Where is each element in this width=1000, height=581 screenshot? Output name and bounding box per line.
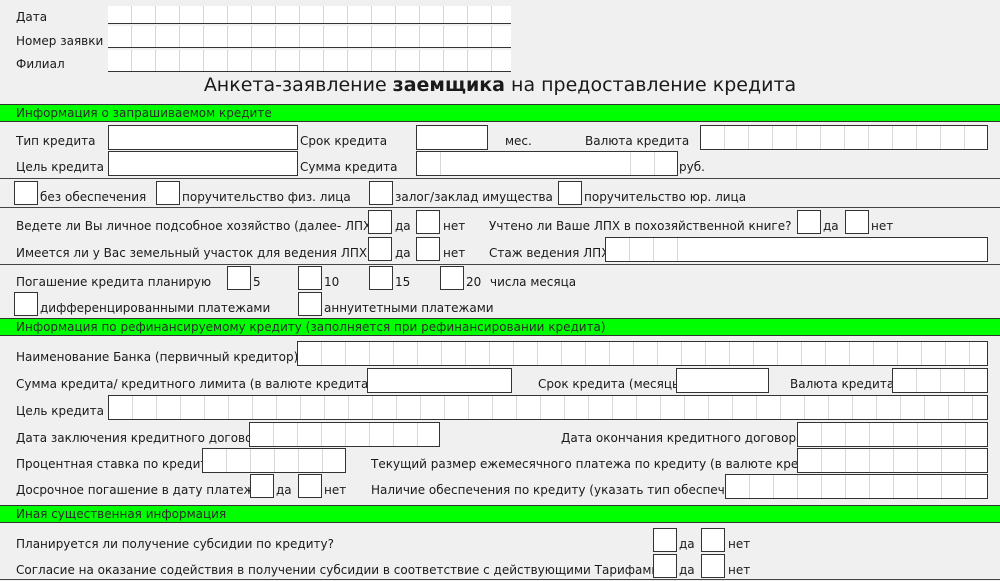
land-yes-checkbox[interactable] [368,237,392,261]
consent-no-checkbox[interactable] [701,554,725,578]
repayment-day-5-checkbox[interactable] [227,266,251,290]
branch-field[interactable] [108,50,511,71]
credit-term-unit: мес. [505,134,532,148]
branch-label: Филиал [16,57,65,71]
collateral-type-field[interactable] [725,474,988,499]
credit-term-field[interactable] [416,125,488,150]
application-number-field[interactable] [108,26,511,47]
early-repayment-label: Досрочное погашение в дату платежа [16,483,262,497]
collateral-pledge-label: залог/заклад имущества [395,190,553,204]
consent-question: Согласие на оказание содействия в получе… [16,563,666,577]
credit-amount-unit: руб. [679,160,705,174]
collateral-pledge-checkbox[interactable] [369,181,393,205]
differentiated-payments-label: дифференцированными платежами [40,301,270,315]
early-repayment-no-checkbox[interactable] [298,474,322,498]
lph-question: Ведете ли Вы личное подсобное хозяйство … [16,219,382,233]
section-refinanced-credit-header: Информация по рефинансируемому кредиту (… [0,318,1000,336]
credit-type-label: Тип кредита [16,134,95,148]
repayment-day-15-checkbox[interactable] [369,266,393,290]
subsidy-yes-label: да [679,537,695,551]
repayment-days-suffix: числа месяца [490,275,576,289]
branch-underline [108,71,511,72]
section-other-info-header: Иная существенная информация [0,505,1000,523]
section-requested-credit-header: Информация о запрашиваемом кредите [0,104,1000,122]
credit-amount-field[interactable] [416,151,678,176]
land-question: Имеется ли у Вас земельный участок для в… [16,246,373,260]
monthly-payment-field[interactable] [797,448,988,473]
collateral-individual-guarantee-label: поручительство физ. лица [182,190,351,204]
repayment-day-10-label: 10 [324,275,339,289]
credit-purpose-field[interactable] [108,151,298,176]
annuity-payments-checkbox[interactable] [298,292,322,316]
collateral-company-guarantee-checkbox[interactable] [558,181,582,205]
contract-date-label: Дата заключения кредитного договора [16,431,267,445]
subsidy-no-label: нет [728,537,750,551]
lph-yes-label: да [395,219,411,233]
annuity-payments-label: аннуитетными платежами [324,301,494,315]
lph-book-no-checkbox[interactable] [845,210,869,234]
interest-rate-field[interactable] [202,448,346,473]
application-number-label: Номер заявки [16,34,103,48]
application-number-underline [108,47,511,48]
section-heading: Иная существенная информация [16,507,226,521]
credit-limit-label: Сумма кредита/ кредитного лимита (в валю… [16,377,373,391]
date-underline [108,23,511,24]
interest-rate-label: Процентная ставка по кредиту [16,457,214,471]
lph-no-checkbox[interactable] [416,210,440,234]
credit-limit-field[interactable] [367,368,512,393]
lph-book-yes-label: да [823,219,839,233]
repayment-day-20-label: 20 [466,275,481,289]
date-field[interactable] [108,6,511,23]
land-no-checkbox[interactable] [416,237,440,261]
refinance-currency-label: Валюта кредита [790,377,894,391]
refinance-currency-field[interactable] [892,368,988,393]
lph-book-yes-checkbox[interactable] [797,210,821,234]
monthly-payment-label: Текущий размер ежемесячного платежа по к… [371,457,833,471]
repayment-day-20-checkbox[interactable] [440,266,464,290]
consent-yes-checkbox[interactable] [653,554,677,578]
collateral-company-guarantee-label: поручительство юр. лица [584,190,746,204]
bank-name-field[interactable] [297,341,988,366]
lph-no-label: нет [443,219,465,233]
contract-date-field[interactable] [249,422,440,447]
lph-book-no-label: нет [871,219,893,233]
divider [0,264,1000,265]
refinance-purpose-field[interactable] [108,395,988,420]
land-no-label: нет [443,246,465,260]
refinance-purpose-label: Цель кредита [16,404,104,418]
section-heading: Информация о запрашиваемом кредите [16,106,272,120]
credit-type-field[interactable] [108,125,298,150]
credit-currency-field[interactable] [700,125,988,150]
contract-end-field[interactable] [797,422,988,447]
collateral-none-checkbox[interactable] [14,181,38,205]
section-heading: Информация по рефинансируемому кредиту (… [16,320,606,334]
repayment-day-15-label: 15 [395,275,410,289]
contract-end-label: Дата окончания кредитного договора [561,431,803,445]
lph-experience-field[interactable] [605,237,988,262]
title-prefix: Анкета-заявление [204,74,393,96]
term-months-label: Срок кредита (месяцы) [538,377,686,391]
term-months-field[interactable] [676,368,769,393]
divider [0,579,1000,580]
early-repayment-yes-label: да [276,483,292,497]
subsidy-yes-checkbox[interactable] [653,528,677,552]
bank-name-label: Наименование Банка (первичный кредитор) [16,350,298,364]
early-repayment-no-label: нет [324,483,346,497]
repayment-day-10-checkbox[interactable] [298,266,322,290]
consent-no-label: нет [728,563,750,577]
lph-yes-checkbox[interactable] [368,210,392,234]
credit-amount-label: Сумма кредита [300,160,397,174]
credit-term-label: Срок кредита [300,134,387,148]
differentiated-payments-checkbox[interactable] [14,292,38,316]
repayment-label: Погашение кредита планирую [16,275,211,289]
title-bold: заемщика [393,74,505,96]
subsidy-question: Планируется ли получение субсидии по кре… [16,537,334,551]
divider [0,178,1000,179]
collateral-none-label: без обеспечения [40,190,146,204]
divider [0,207,1000,208]
credit-purpose-label: Цель кредита [16,160,104,174]
collateral-individual-guarantee-checkbox[interactable] [156,181,180,205]
early-repayment-yes-checkbox[interactable] [250,474,274,498]
collateral-type-label: Наличие обеспечения по кредиту (указать … [371,483,760,497]
lph-experience-label: Стаж ведения ЛПХ [489,246,609,260]
repayment-day-5-label: 5 [253,275,261,289]
title-suffix: на предоставление кредита [505,74,796,96]
subsidy-no-checkbox[interactable] [701,528,725,552]
page-title: Анкета-заявление заемщика на предоставле… [0,74,1000,96]
date-label: Дата [16,10,47,24]
credit-currency-label: Валюта кредита [585,134,689,148]
lph-book-question: Учтено ли Ваше ЛПХ в похозяйственной кни… [489,219,791,233]
land-yes-label: да [395,246,411,260]
consent-yes-label: да [679,563,695,577]
